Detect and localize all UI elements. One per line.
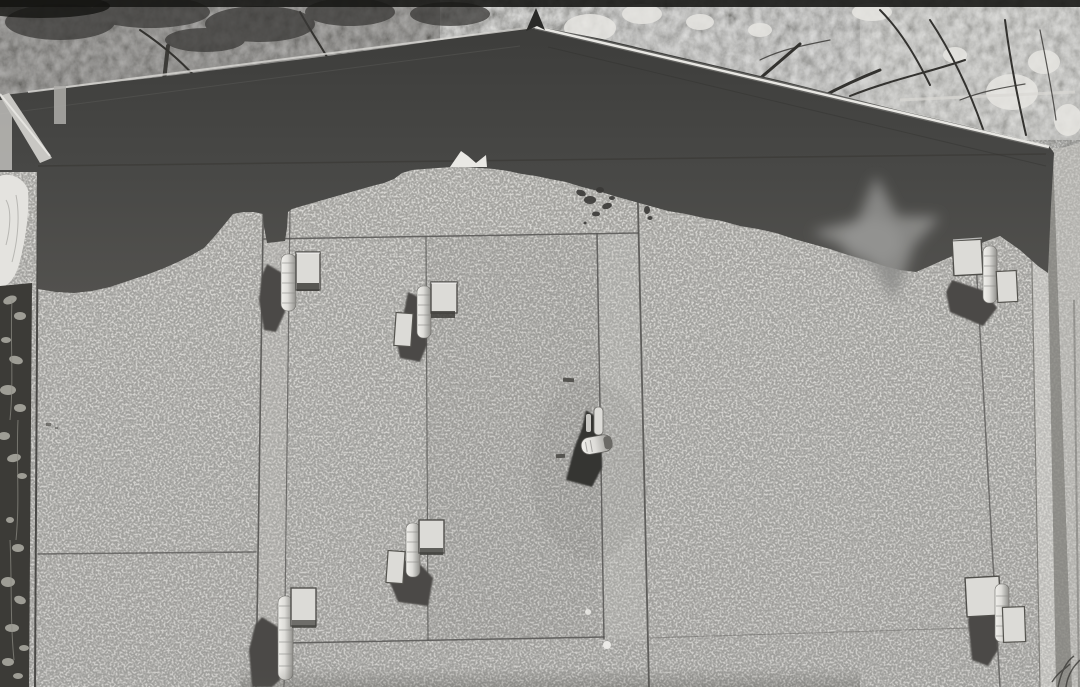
hinge-plate-bar — [292, 620, 316, 628]
top-dark-band — [0, 0, 1080, 7]
hinge-lower-plate — [1002, 607, 1025, 643]
photo-garage-scene — [0, 0, 1080, 687]
hinge-bracket — [996, 270, 1018, 302]
hinge-plate — [431, 282, 457, 313]
hinge-plate-bar — [420, 548, 443, 555]
hinge-barrel — [406, 523, 420, 577]
hinge-barrel — [417, 286, 431, 338]
right-strip-texture — [1053, 143, 1080, 687]
bolt-mark-lower — [556, 454, 565, 458]
photo-canvas — [0, 0, 1080, 687]
ground-shading — [240, 668, 860, 687]
hinge-plate-bar — [431, 311, 455, 318]
hinge-plate — [952, 239, 983, 275]
lock-shackle — [594, 407, 603, 435]
paint-chip — [603, 641, 611, 649]
hinge-small-plate — [386, 550, 405, 583]
lock-staple — [586, 414, 591, 432]
hinge-plate-bar — [297, 283, 319, 291]
hinge-barrel — [983, 246, 997, 303]
hinge-small-plate — [394, 312, 413, 346]
censor-core — [842, 218, 902, 266]
wall-speck — [55, 427, 58, 429]
wall-speck — [46, 423, 51, 426]
trunk-strip — [54, 86, 66, 124]
bolt-mark-upper — [563, 378, 574, 383]
paint-chip — [585, 609, 591, 615]
